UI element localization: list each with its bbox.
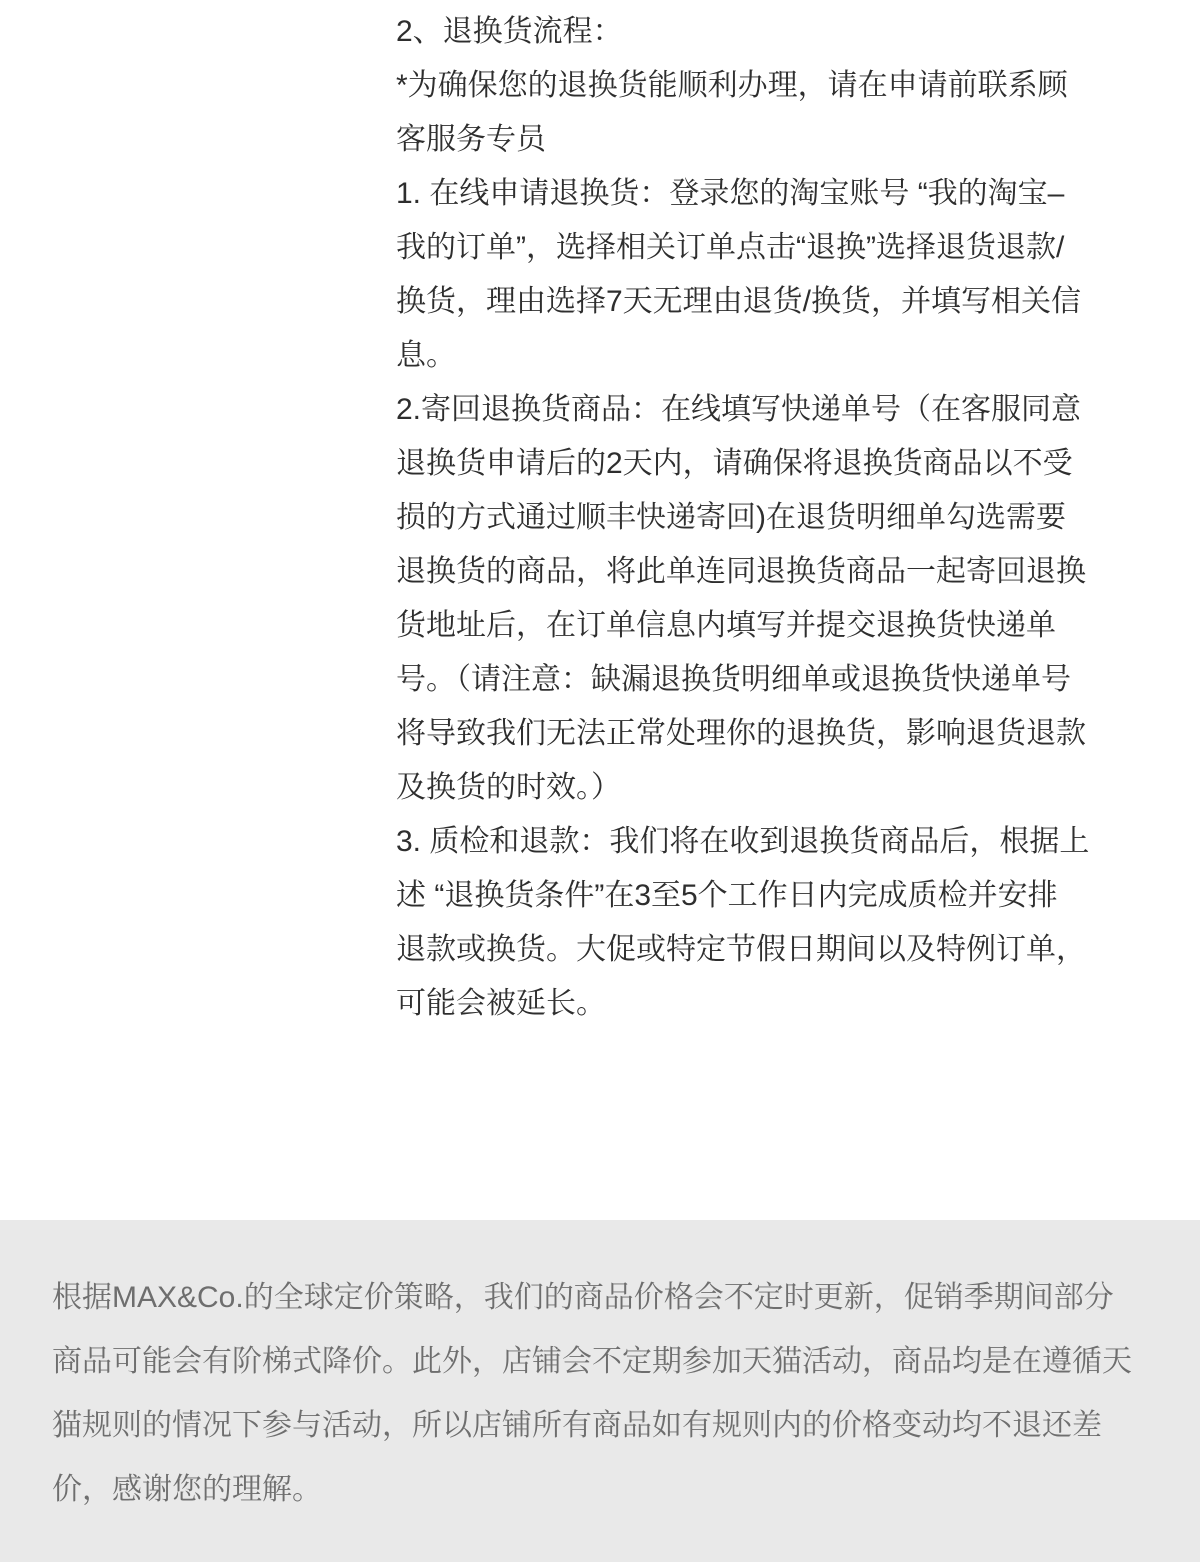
policy-line: 及换货的时效。） (396, 761, 1166, 815)
pricing-notice-line: 猫规则的情况下参与活动，所以店铺所有商品如有规则内的价格变动均不退还差 (52, 1394, 1160, 1458)
policy-line: 1. 在线申请退换货：登录您的淘宝账号 “我的淘宝– (396, 167, 1166, 221)
policy-line: 2.寄回退换货商品：在线填写快递单号（在客服同意 (396, 383, 1166, 437)
policy-line: 述 “退换货条件”在3至5个工作日内完成质检并安排 (396, 869, 1166, 923)
policy-line: 3. 质检和退款：我们将在收到退换货商品后，根据上 (396, 815, 1166, 869)
policy-line: 客服务专员 (396, 113, 1166, 167)
policy-line: 退款或换货。大促或特定节假日期间以及特例订单， (396, 923, 1166, 977)
policy-line: 退换货的商品，将此单连同退换货商品一起寄回退换 (396, 545, 1166, 599)
policy-line: *为确保您的退换货能顺利办理，请在申请前联系顾 (396, 59, 1166, 113)
pricing-notice-section: 根据MAX&Co.的全球定价策略，我们的商品价格会不定时更新，促销季期间部分 商… (0, 1220, 1200, 1562)
policy-line: 换货，理由选择7天无理由退货/换货，并填写相关信 (396, 275, 1166, 329)
policy-line: 我的订单”，选择相关订单点击“退换”选择退货退款/ (396, 221, 1166, 275)
pricing-notice-line: 根据MAX&Co.的全球定价策略，我们的商品价格会不定时更新，促销季期间部分 (52, 1266, 1160, 1330)
policy-line: 货地址后，在订单信息内填写并提交退换货快递单 (396, 599, 1166, 653)
policy-line: 将导致我们无法正常处理你的退换货，影响退货退款 (396, 707, 1166, 761)
policy-line: 号。（请注意：缺漏退换货明细单或退换货快递单号 (396, 653, 1166, 707)
policy-line: 可能会被延长。 (396, 977, 1166, 1031)
policy-line: 退换货申请后的2天内，请确保将退换货商品以不受 (396, 437, 1166, 491)
pricing-notice-line: 价，感谢您的理解。 (52, 1458, 1160, 1522)
policy-line: 息。 (396, 329, 1166, 383)
return-exchange-policy: 2、退换货流程： *为确保您的退换货能顺利办理，请在申请前联系顾 客服务专员 1… (396, 5, 1166, 1031)
pricing-notice-line: 商品可能会有阶梯式降价。此外，店铺会不定期参加天猫活动，商品均是在遵循天 (52, 1330, 1160, 1394)
policy-line: 2、退换货流程： (396, 5, 1166, 59)
policy-line: 损的方式通过顺丰快递寄回)在退货明细单勾选需要 (396, 491, 1166, 545)
